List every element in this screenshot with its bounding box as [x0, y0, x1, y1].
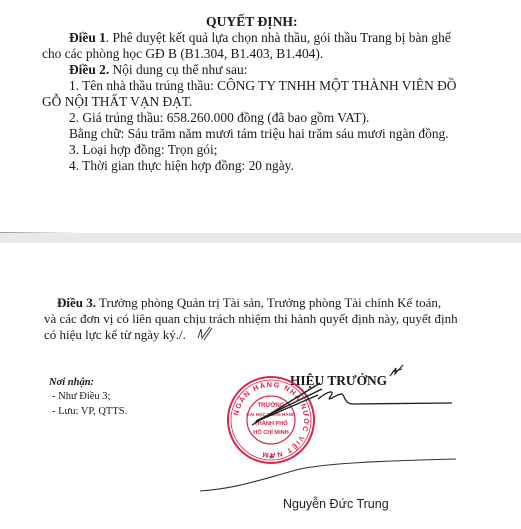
article-2-intro: Điều 2. Nội dung cụ thể như sau:: [69, 62, 247, 78]
article-2-item: 4. Thời gian thực hiện hợp đồng: 20 ngày…: [69, 158, 294, 174]
decision-title: QUYẾT ĐỊNH:: [206, 14, 298, 30]
document-page-2: Điều 3. Trưởng phòng Quản trị Tài sản, T…: [0, 243, 521, 529]
signer-name: Nguyễn Đức Trung: [283, 496, 389, 512]
article-1-label: Điều 1: [69, 30, 106, 45]
article-1-line-2: cho các phòng học GĐ B (B1.304, B1.403, …: [42, 46, 323, 62]
article-2-item: GỖ NỘI THẤT VẠN ĐẠT.: [42, 94, 192, 110]
article-1-line-1: Điều 1. Phê duyệt kết quả lựa chọn nhà t…: [69, 30, 451, 46]
article-1-text: . Phê duyệt kết quả lựa chọn nhà thầu, g…: [106, 30, 451, 45]
page-separator: [0, 233, 521, 243]
document-page-1: QUYẾT ĐỊNH: Điều 1. Phê duyệt kết quả lự…: [0, 0, 521, 233]
handwritten-signature-icon: [0, 243, 521, 529]
article-2-item: Bằng chữ: Sáu trăm năm mươi tám triệu ha…: [69, 126, 449, 142]
article-2-intro-text: Nội dung cụ thể như sau:: [109, 62, 247, 77]
article-2-item: 3. Loại hợp đồng: Trọn gói;: [69, 142, 217, 158]
article-2-item: 1. Tên nhà thầu trúng thầu: CÔNG TY TNHH…: [69, 78, 456, 94]
article-2-item: 2. Giá trúng thầu: 658.260.000 đồng (đã …: [69, 110, 369, 126]
article-2-label: Điều 2.: [69, 62, 109, 77]
